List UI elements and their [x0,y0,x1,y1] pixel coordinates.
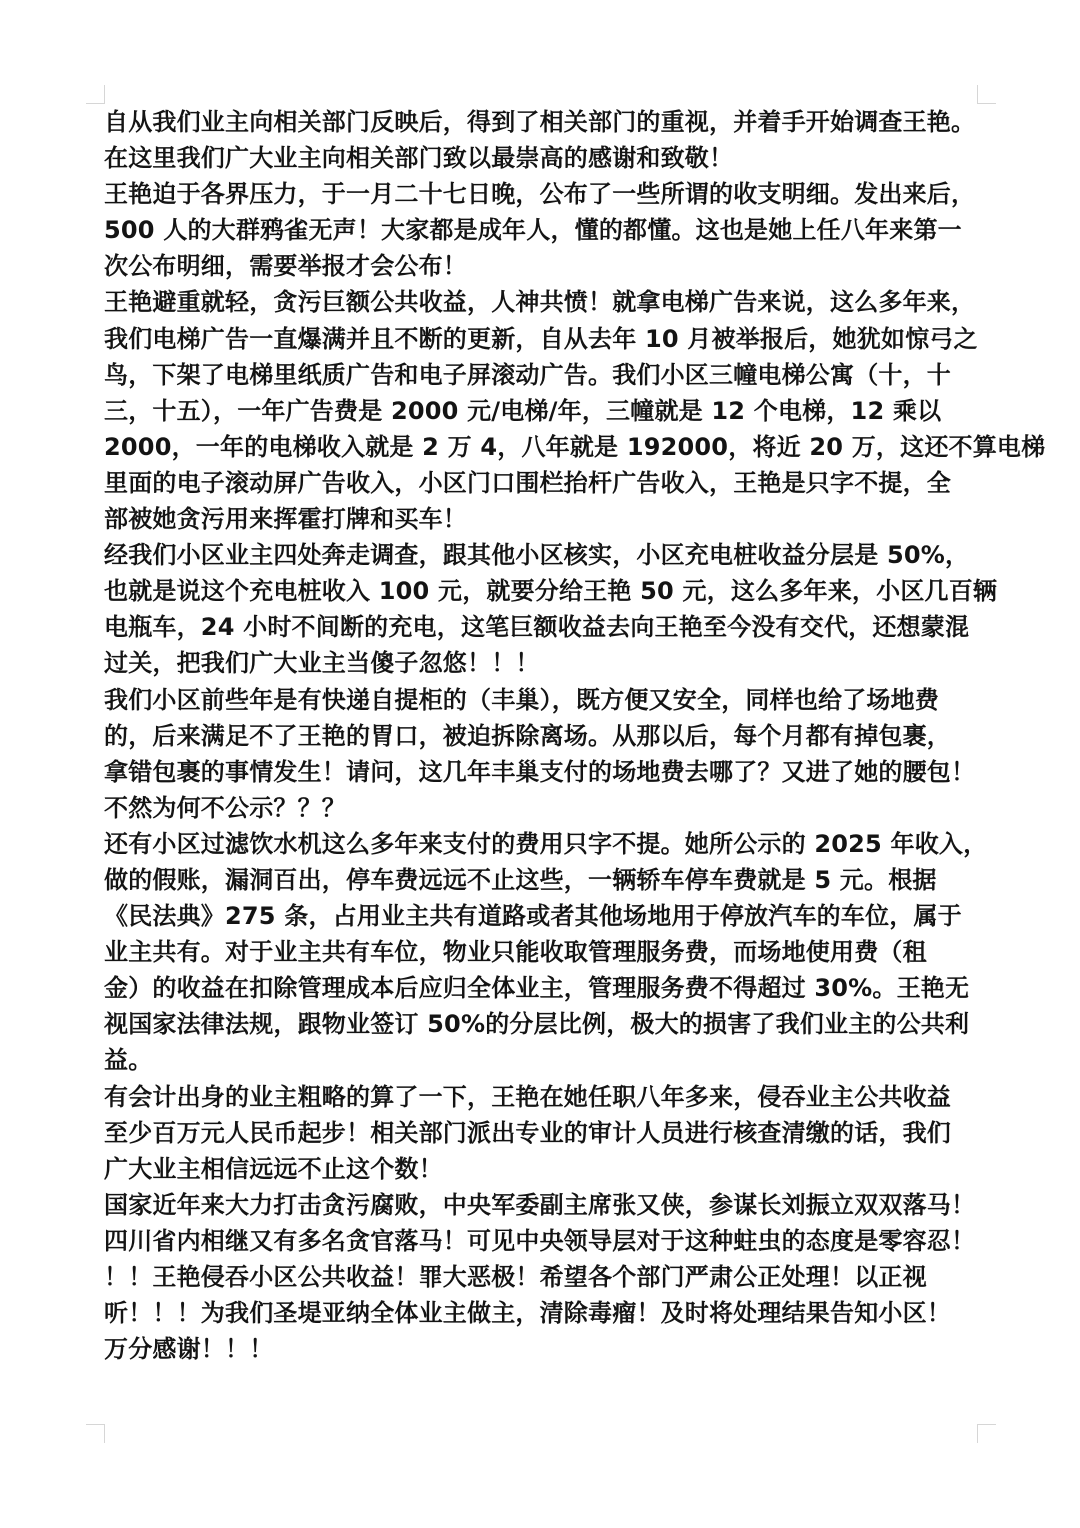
text-line: 在这里我们广大业主向相关部门致以最崇高的感谢和致敬！ [104,140,984,176]
text-line: 益。 [104,1042,984,1078]
text-line: 电瓶车，24 小时不间断的充电，这笔巨额收益去向王艳至今没有交代，还想蒙混 [104,609,984,645]
text-line: 的，后来满足不了王艳的胃口，被迫拆除离场。从那以后，每个月都有掉包裹， [104,718,984,754]
margin-corner-mark-bottom-left [86,1424,105,1443]
text-line: 经我们小区业主四处奔走调查，跟其他小区核实，小区充电桩收益分层是 50%， [104,537,984,573]
paragraph-charging-piles: 经我们小区业主四处奔走调查，跟其他小区核实，小区充电桩收益分层是 50%， 也就… [104,537,984,681]
paragraph-closing-appeal: 国家近年来大力打击贪污腐败，中央军委副主席张又侠，参谋长刘振立双双落马！ 四川省… [104,1187,984,1367]
text-line: 次公布明细，需要举报才会公布！ [104,248,984,284]
text-line: 金）的收益在扣除管理成本后应归全体业主，管理服务费不得超过 30%。王艳无 [104,970,984,1006]
margin-corner-mark-bottom-right [977,1424,996,1443]
text-line: 自从我们业主向相关部门反映后，得到了相关部门的重视，并着手开始调查王艳。 [104,104,984,140]
text-line: 有会计出身的业主粗略的算了一下，王艳在她任职八年多来，侵吞业主公共收益 [104,1079,984,1115]
text-line: 500 人的大群鸦雀无声！大家都是成年人，懂的都懂。这也是她上任八年来第一 [104,212,984,248]
document-page: 自从我们业主向相关部门反映后，得到了相关部门的重视，并着手开始调查王艳。 在这里… [0,0,1080,1528]
text-line: 2000，一年的电梯收入就是 2 万 4，八年就是 192000，将近 20 万… [104,429,984,465]
text-line: 我们小区前些年是有快递自提柜的（丰巢），既方便又安全，同样也给了场地费 [104,682,984,718]
paragraph-thanks: 自从我们业主向相关部门反映后，得到了相关部门的重视，并着手开始调查王艳。 在这里… [104,104,984,176]
text-line: 《民法典》275 条，占用业主共有道路或者其他场地用于停放汽车的车位，属于 [104,898,984,934]
text-line: 国家近年来大力打击贪污腐败，中央军委副主席张又侠，参谋长刘振立双双落马！ [104,1187,984,1223]
text-line: 听！！！为我们圣堤亚纳全体业主做主，清除毒瘤！及时将处理结果告知小区！ [104,1295,984,1331]
text-line: 过关，把我们广大业主当傻子忽悠！！！ [104,645,984,681]
text-line: 万分感谢！！！ [104,1331,984,1367]
text-line: 三，十五），一年广告费是 2000 元/电梯/年，三幢就是 12 个电梯，12 … [104,393,984,429]
text-line: 还有小区过滤饮水机这么多年来支付的费用只字不提。她所公示的 2025 年收入， [104,826,984,862]
text-line: 拿错包裹的事情发生！请问，这几年丰巢支付的场地费去哪了？又进了她的腰包！ [104,754,984,790]
text-line: 王艳避重就轻，贪污巨额公共收益，人神共愤！就拿电梯广告来说，这么多年来， [104,284,984,320]
text-line: 部被她贪污用来挥霍打牌和买车！ [104,501,984,537]
paragraph-water-and-parking: 还有小区过滤饮水机这么多年来支付的费用只字不提。她所公示的 2025 年收入， … [104,826,984,1079]
paragraph-accounting-estimate: 有会计出身的业主粗略的算了一下，王艳在她任职八年多来，侵吞业主公共收益 至少百万… [104,1079,984,1187]
text-line: 视国家法律法规，跟物业签订 50%的分层比例，极大的损害了我们业主的公共利 [104,1006,984,1042]
margin-corner-mark-top-left [86,85,105,104]
paragraph-published-details: 王艳迫于各界压力，于一月二十七日晚，公布了一些所谓的收支明细。发出来后， 500… [104,176,984,284]
text-line: 我们电梯广告一直爆满并且不断的更新，自从去年 10 月被举报后，她犹如惊弓之 [104,321,984,357]
text-line: 至少百万元人民币起步！相关部门派出专业的审计人员进行核查清缴的话，我们 [104,1115,984,1151]
document-body: 自从我们业主向相关部门反映后，得到了相关部门的重视，并着手开始调查王艳。 在这里… [104,104,984,1367]
text-line: 做的假账，漏洞百出，停车费远远不止这些，一辆轿车停车费就是 5 元。根据 [104,862,984,898]
text-line: ！！王艳侵吞小区公共收益！罪大恶极！希望各个部门严肃公正处理！以正视 [104,1259,984,1295]
text-line: 四川省内相继又有多名贪官落马！可见中央领导层对于这种蛀虫的态度是零容忍！ [104,1223,984,1259]
text-line: 不然为何不公示？？？ [104,790,984,826]
paragraph-elevator-ads: 王艳避重就轻，贪污巨额公共收益，人神共愤！就拿电梯广告来说，这么多年来， 我们电… [104,284,984,537]
text-line: 里面的电子滚动屏广告收入，小区门口围栏抬杆广告收入，王艳是只字不提，全 [104,465,984,501]
text-line: 王艳迫于各界压力，于一月二十七日晚，公布了一些所谓的收支明细。发出来后， [104,176,984,212]
text-line: 鸟，下架了电梯里纸质广告和电子屏滚动广告。我们小区三幢电梯公寓（十，十 [104,357,984,393]
text-line: 也就是说这个充电桩收入 100 元，就要分给王艳 50 元，这么多年来，小区几百… [104,573,984,609]
text-line: 业主共有。对于业主共有车位，物业只能收取管理服务费，而场地使用费（租 [104,934,984,970]
margin-corner-mark-top-right [977,85,996,104]
paragraph-parcel-lockers: 我们小区前些年是有快递自提柜的（丰巢），既方便又安全，同样也给了场地费 的，后来… [104,682,984,826]
text-line: 广大业主相信远远不止这个数！ [104,1151,984,1187]
